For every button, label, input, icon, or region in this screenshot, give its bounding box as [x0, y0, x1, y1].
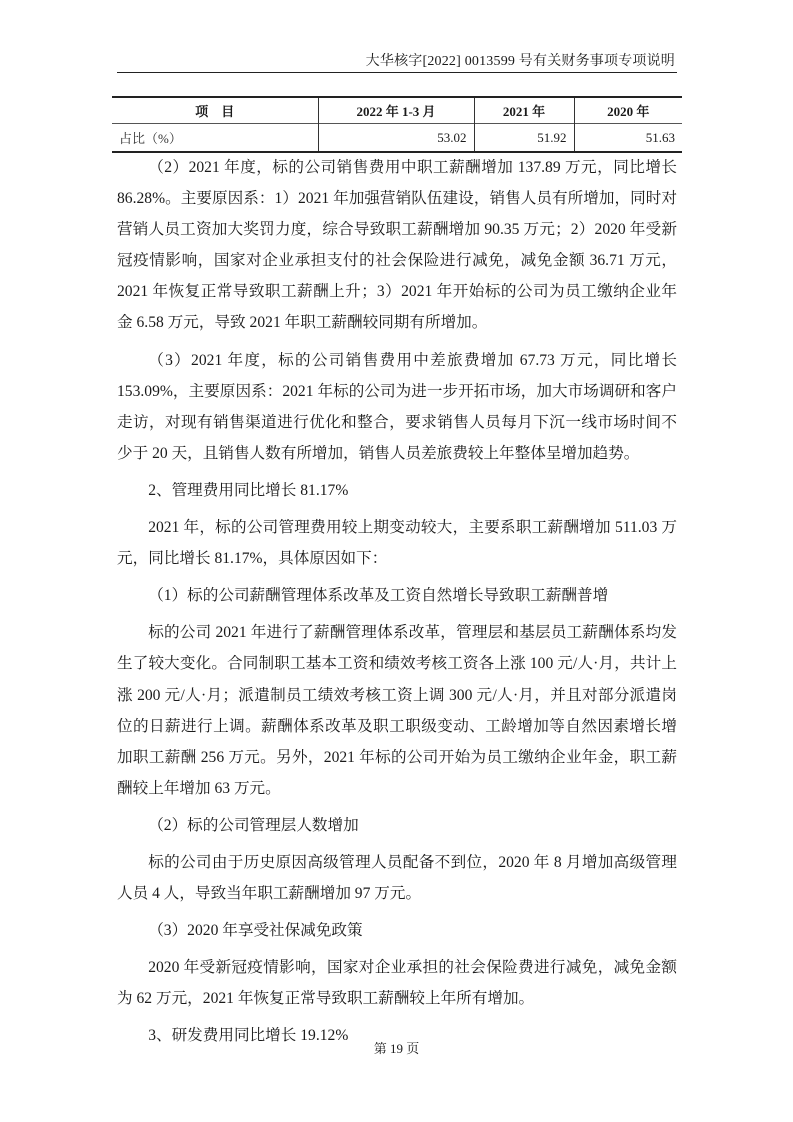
subheading-salary-reform: （1）标的公司薪酬管理体系改革及工资自然增长导致职工薪酬普增: [117, 580, 677, 611]
cell-2021: 51.92: [474, 124, 574, 153]
row-label: 占比（%）: [112, 124, 318, 153]
page-number: 第 19 页: [0, 1038, 793, 1057]
section-heading-admin-expense: 2、管理费用同比增长 81.17%: [117, 475, 677, 506]
document-body: （2）2021 年度，标的公司销售费用中职工薪酬增加 137.89 万元，同比增…: [117, 152, 677, 1052]
paragraph-management-headcount: 标的公司由于历史原因高级管理人员配备不到位，2020 年 8 月增加高级管理人员…: [117, 847, 677, 909]
cell-2020: 51.63: [574, 124, 682, 153]
cell-2022q1: 53.02: [318, 124, 474, 153]
table-row: 占比（%） 53.02 51.92 51.63: [112, 124, 682, 153]
subheading-management-headcount: （2）标的公司管理层人数增加: [117, 810, 677, 841]
header-rule: [117, 72, 677, 73]
document-header-title: 大华核字[2022] 0013599 号有关财务事项专项说明: [366, 50, 675, 70]
ratio-table: 项 目 2022 年 1-3 月 2021 年 2020 年 占比（%） 53.…: [112, 96, 682, 153]
paragraph-salary-reform: 标的公司 2021 年进行了薪酬管理体系改革，管理层和基层员工薪酬体系均发生了较…: [117, 617, 677, 804]
paragraph-sales-travel: （3）2021 年度，标的公司销售费用中差旅费增加 67.73 万元，同比增长 …: [117, 345, 677, 469]
column-header-item: 项 目: [112, 97, 318, 124]
column-header-2022q1: 2022 年 1-3 月: [318, 97, 474, 124]
column-header-2021: 2021 年: [474, 97, 574, 124]
table-header-row: 项 目 2022 年 1-3 月 2021 年 2020 年: [112, 97, 682, 124]
paragraph-social-insurance: 2020 年受新冠疫情影响，国家对企业承担的社会保险费进行减免，减免金额为 62…: [117, 952, 677, 1014]
paragraph-admin-summary: 2021 年，标的公司管理费用较上期变动较大，主要系职工薪酬增加 511.03 …: [117, 512, 677, 574]
column-header-2020: 2020 年: [574, 97, 682, 124]
subheading-social-insurance: （3）2020 年享受社保减免政策: [117, 915, 677, 946]
paragraph-sales-salary: （2）2021 年度，标的公司销售费用中职工薪酬增加 137.89 万元，同比增…: [117, 152, 677, 339]
